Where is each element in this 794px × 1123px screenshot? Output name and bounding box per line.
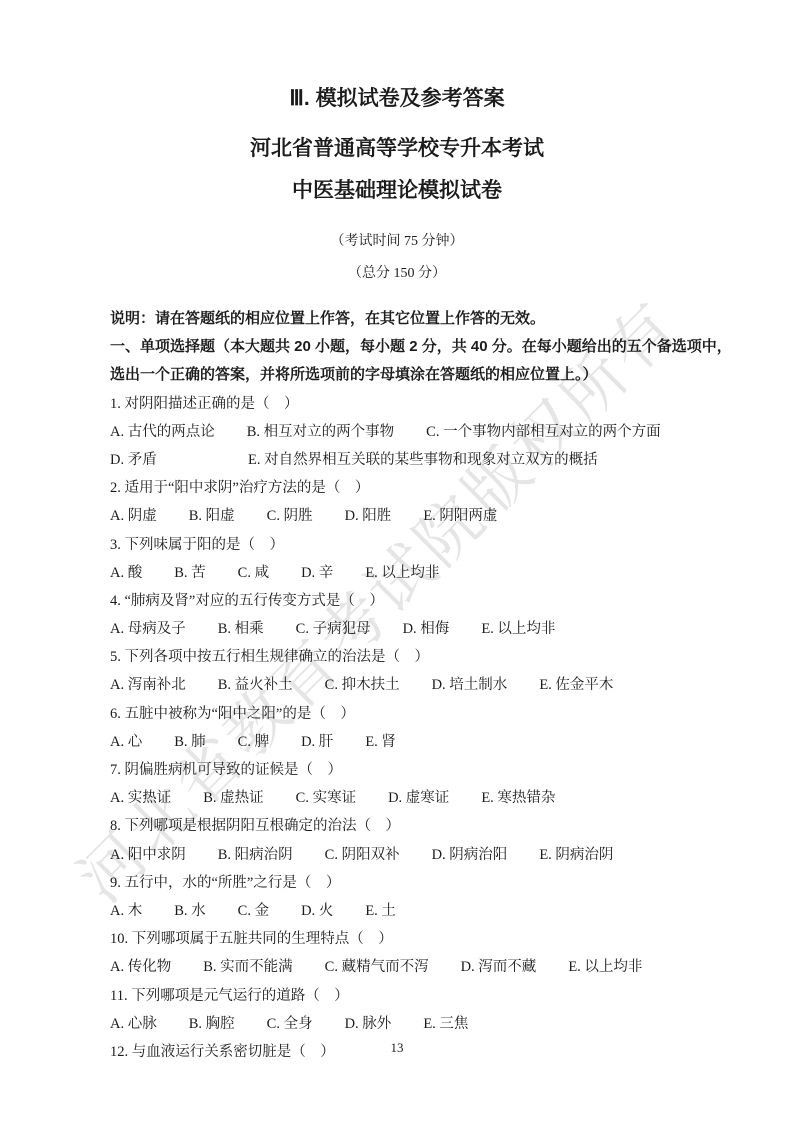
answer-option: A. 心脉 bbox=[110, 1010, 157, 1038]
answer-option: E. 寒热错杂 bbox=[481, 784, 555, 812]
question-text: 9. 五行中，水的“所胜”之行是（ ） bbox=[110, 869, 698, 897]
question-text: 10. 下列哪项属于五脏共同的生理特点（ ） bbox=[110, 925, 698, 953]
answer-option: C. 一个事物内部相互对立的两个方面 bbox=[426, 418, 660, 446]
answer-option: B. 阳虚 bbox=[189, 502, 235, 530]
answer-option: E. 阴阳两虚 bbox=[423, 502, 497, 530]
answer-option: A. 实热证 bbox=[110, 784, 171, 812]
question-text: 1. 对阴阳描述正确的是（ ） bbox=[110, 390, 698, 418]
answer-option: A. 母病及子 bbox=[110, 615, 186, 643]
question-options-row: A. 古代的两点论B. 相互对立的两个事物C. 一个事物内部相互对立的两个方面 bbox=[110, 418, 698, 446]
answer-option: B. 相乘 bbox=[218, 615, 264, 643]
question-options-row: A. 酸B. 苦C. 咸D. 辛E. 以上均非 bbox=[110, 559, 698, 587]
paper-header: Ⅲ. 模拟试卷及参考答案 河北省普通高等学校专升本考试 中医基础理论模拟试卷 （… bbox=[0, 0, 794, 284]
question-text: 11. 下列哪项是元气运行的道路（ ） bbox=[110, 982, 698, 1010]
answer-option: A. 阴虚 bbox=[110, 502, 157, 530]
answer-option: C. 阴阳双补 bbox=[325, 841, 400, 869]
answer-option: B. 阳病治阴 bbox=[218, 841, 293, 869]
answer-option: D. 虚寒证 bbox=[388, 784, 449, 812]
answer-option: D. 泻而不藏 bbox=[461, 953, 537, 981]
answer-option: B. 益火补土 bbox=[218, 671, 293, 699]
question-options-row: A. 阴虚B. 阳虚C. 阴胜D. 阳胜E. 阴阳两虚 bbox=[110, 502, 698, 530]
exam-paper-page: Ⅲ. 模拟试卷及参考答案 河北省普通高等学校专升本考试 中医基础理论模拟试卷 （… bbox=[0, 0, 794, 1066]
question-options-row: A. 阳中求阴B. 阳病治阴C. 阴阳双补D. 阴病治阳E. 阴病治阴 bbox=[110, 841, 698, 869]
answer-option: A. 酸 bbox=[110, 559, 142, 587]
question-text: 5. 下列各项中按五行相生规律确立的治法是（ ） bbox=[110, 643, 698, 671]
answer-option: D. 火 bbox=[301, 897, 333, 925]
question-options-row: A. 心脉B. 胸腔C. 全身D. 脉外E. 三焦 bbox=[110, 1010, 698, 1038]
answer-option: D. 阴病治阳 bbox=[432, 841, 508, 869]
answer-option: B. 水 bbox=[174, 897, 205, 925]
question-text: 6. 五脏中被称为“阳中之阳”的是（ ） bbox=[110, 700, 698, 728]
paper-body: 说明：请在答题纸的相应位置上作答，在其它位置上作答的无效。 一、单项选择题（本大… bbox=[0, 305, 794, 1066]
question-options-row: A. 心B. 肺C. 脾D. 肝E. 肾 bbox=[110, 728, 698, 756]
section-heading-line-1: 一、单项选择题（本大题共 20 小题，每小题 2 分，共 40 分。在每小题给出… bbox=[110, 333, 698, 361]
question-text: 8. 下列哪项是根据阴阳互根确定的治法（ ） bbox=[110, 812, 698, 840]
question-text: 7. 阴偏胜病机可导致的证候是（ ） bbox=[110, 756, 698, 784]
question-text: 2. 适用于“阳中求阴”治疗方法的是（ ） bbox=[110, 474, 698, 502]
answer-option: E. 对自然界相互关联的某些事物和现象对立双方的概括 bbox=[248, 446, 598, 474]
answer-option: D. 培土制水 bbox=[432, 671, 508, 699]
answer-option: C. 藏精气而不泻 bbox=[325, 953, 429, 981]
answer-option: E. 以上均非 bbox=[568, 953, 642, 981]
answer-option: C. 全身 bbox=[267, 1010, 313, 1038]
answer-option: D. 矛盾 bbox=[110, 446, 216, 474]
answer-option: E. 以上均非 bbox=[481, 615, 555, 643]
answer-option: A. 阳中求阴 bbox=[110, 841, 186, 869]
answer-option: B. 实而不能满 bbox=[203, 953, 292, 981]
page-number: 13 bbox=[0, 1040, 794, 1056]
answer-option: D. 脉外 bbox=[345, 1010, 392, 1038]
answer-option: A. 传化物 bbox=[110, 953, 171, 981]
exam-title: 河北省普通高等学校专升本考试 bbox=[0, 136, 794, 161]
question-options-row: A. 实热证B. 虚热证C. 实寒证D. 虚寒证E. 寒热错杂 bbox=[110, 784, 698, 812]
exam-time-note: （考试时间 75 分钟） bbox=[0, 232, 794, 252]
answer-option: C. 咸 bbox=[238, 559, 269, 587]
total-score-note: （总分 150 分） bbox=[0, 264, 794, 284]
answer-option: E. 佐金平木 bbox=[539, 671, 613, 699]
answer-option: D. 肝 bbox=[301, 728, 333, 756]
answer-option: C. 脾 bbox=[238, 728, 269, 756]
answer-option: A. 心 bbox=[110, 728, 142, 756]
answer-option: A. 泻南补北 bbox=[110, 671, 186, 699]
answer-option: C. 抑木扶土 bbox=[325, 671, 400, 699]
answer-option: E. 土 bbox=[365, 897, 396, 925]
section-heading-line-2: 选出一个正确的答案，并将所选项前的字母填涂在答题纸的相应位置上。） bbox=[110, 361, 698, 389]
paper-title: 中医基础理论模拟试卷 bbox=[0, 178, 794, 203]
question-options-row: A. 木B. 水C. 金D. 火E. 土 bbox=[110, 897, 698, 925]
answer-instructions: 说明：请在答题纸的相应位置上作答，在其它位置上作答的无效。 bbox=[110, 305, 698, 333]
question-options-row: A. 传化物B. 实而不能满C. 藏精气而不泻D. 泻而不藏E. 以上均非 bbox=[110, 953, 698, 981]
questions-list: 1. 对阴阳描述正确的是（ ）A. 古代的两点论B. 相互对立的两个事物C. 一… bbox=[110, 390, 698, 1067]
answer-option: B. 肺 bbox=[174, 728, 205, 756]
answer-option: E. 以上均非 bbox=[365, 559, 439, 587]
answer-option: A. 木 bbox=[110, 897, 142, 925]
answer-option: E. 阴病治阴 bbox=[539, 841, 613, 869]
answer-option: D. 辛 bbox=[301, 559, 333, 587]
answer-option: C. 子病犯母 bbox=[296, 615, 371, 643]
answer-option: E. 三焦 bbox=[423, 1010, 468, 1038]
answer-option: D. 阳胜 bbox=[345, 502, 392, 530]
answer-option: A. 古代的两点论 bbox=[110, 418, 215, 446]
answer-option: E. 肾 bbox=[365, 728, 396, 756]
answer-option: B. 胸腔 bbox=[189, 1010, 235, 1038]
question-options-row: D. 矛盾E. 对自然界相互关联的某些事物和现象对立双方的概括 bbox=[110, 446, 698, 474]
answer-option: B. 相互对立的两个事物 bbox=[247, 418, 394, 446]
question-options-row: A. 泻南补北B. 益火补土C. 抑木扶土D. 培土制水E. 佐金平木 bbox=[110, 671, 698, 699]
question-text: 3. 下列味属于阳的是（ ） bbox=[110, 531, 698, 559]
answer-option: C. 金 bbox=[238, 897, 269, 925]
answer-option: C. 实寒证 bbox=[296, 784, 356, 812]
answer-option: C. 阴胜 bbox=[267, 502, 313, 530]
question-text: 4. “肺病及肾”对应的五行传变方式是（ ） bbox=[110, 587, 698, 615]
answer-option: B. 苦 bbox=[174, 559, 205, 587]
answer-option: B. 虚热证 bbox=[203, 784, 263, 812]
section-title: Ⅲ. 模拟试卷及参考答案 bbox=[0, 86, 794, 111]
question-options-row: A. 母病及子B. 相乘C. 子病犯母D. 相侮E. 以上均非 bbox=[110, 615, 698, 643]
answer-option: D. 相侮 bbox=[403, 615, 450, 643]
